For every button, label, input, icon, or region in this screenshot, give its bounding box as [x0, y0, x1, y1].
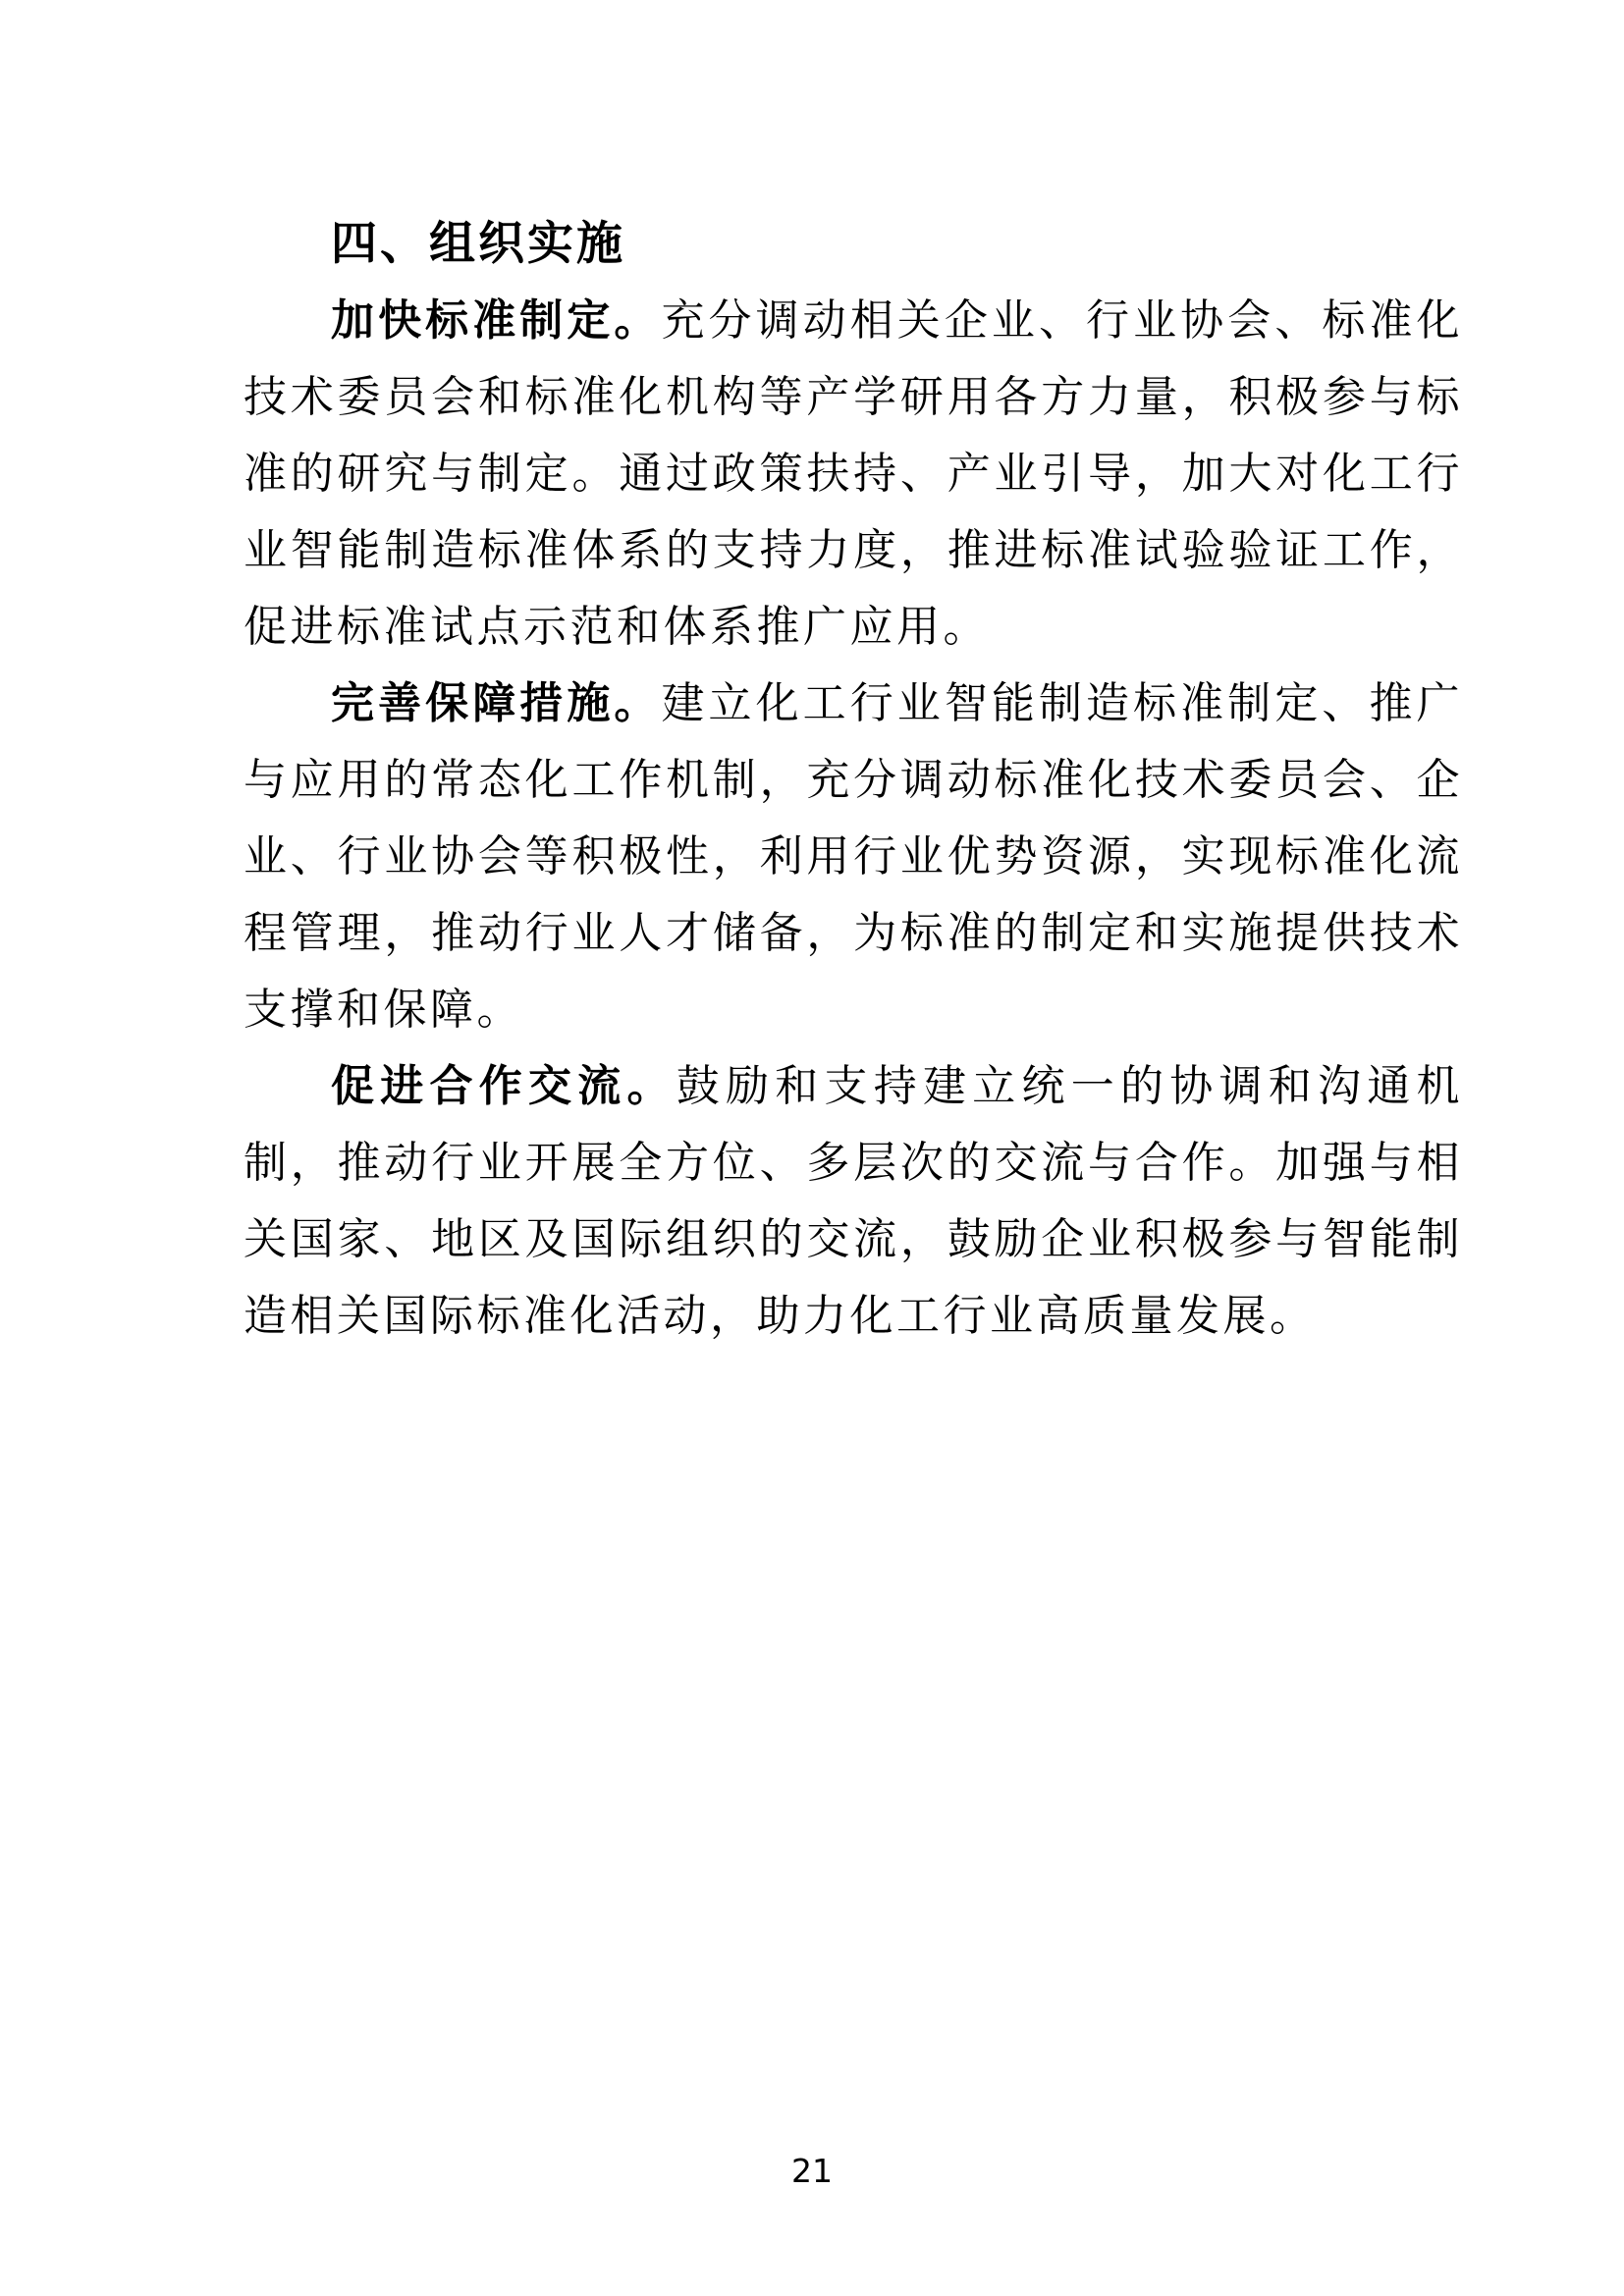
page-number: 21	[0, 2152, 1624, 2191]
paragraph-lead: 完善保障措施。	[331, 678, 661, 728]
paragraph-lead: 促进合作交流。	[331, 1061, 677, 1111]
document-page: 四、组织实施 加快标准制定。充分调动相关企业、行业协会、标准化技术委员会和标准化…	[0, 0, 1624, 2296]
paragraph: 促进合作交流。鼓励和支持建立统一的协调和沟通机制，推动行业开展全方位、多层次的交…	[244, 1048, 1463, 1355]
paragraph-text: 建立化工行业智能制造标准制定、推广与应用的常态化工作机制，充分调动标准化技术委员…	[244, 678, 1463, 1035]
paragraph-lead: 加快标准制定。	[331, 295, 661, 346]
section-heading: 四、组织实施	[244, 206, 1463, 283]
paragraph: 加快标准制定。充分调动相关企业、行业协会、标准化技术委员会和标准化机构等产学研用…	[244, 283, 1463, 666]
paragraph-text: 充分调动相关企业、行业协会、标准化技术委员会和标准化机构等产学研用各方力量，积极…	[244, 295, 1463, 652]
paragraph: 完善保障措施。建立化工行业智能制造标准制定、推广与应用的常态化工作机制，充分调动…	[244, 666, 1463, 1048]
document-body: 四、组织实施 加快标准制定。充分调动相关企业、行业协会、标准化技术委员会和标准化…	[244, 206, 1463, 1355]
